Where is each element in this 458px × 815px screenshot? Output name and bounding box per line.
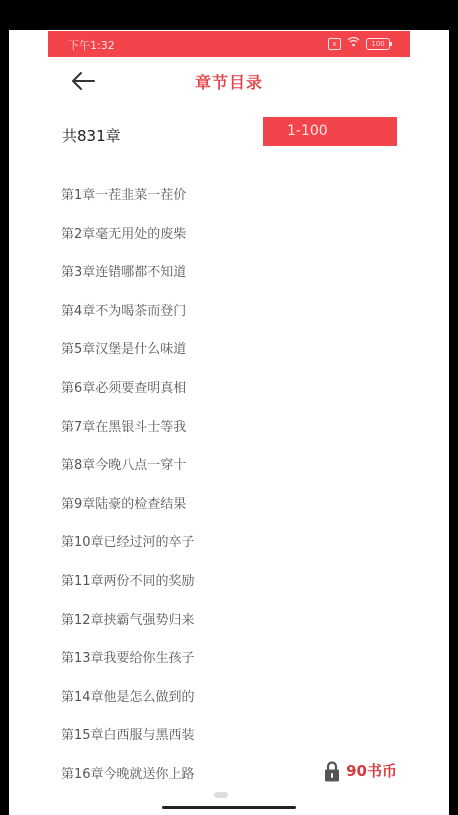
lock-icon [324,760,340,782]
chapter-title: 第13章我要给你生孩子 [61,647,195,666]
home-indicator[interactable] [162,806,296,809]
chapter-title: 第15章白西服与黑西装 [61,724,195,743]
chapter-item[interactable]: 第2章毫无用处的废柴 [9,214,449,253]
battery-icon: 100 [366,38,390,50]
phone-screen: 下午1:32 x 100 章节目录 共831章 1-100 第1章一茬韭菜一茬价… [9,30,449,815]
chapter-item[interactable]: 第4章不为喝茶而登门 [9,291,449,330]
chapter-title: 第2章毫无用处的废柴 [61,223,186,242]
header: 章节目录 [9,66,449,98]
chapter-title: 第7章在黑银斗士等我 [61,416,186,435]
status-time: 下午1:32 [68,37,115,53]
chapter-item[interactable]: 第11章两份不同的奖励 [9,561,449,600]
status-bar: 下午1:32 x 100 [48,31,410,57]
chapter-title: 第6章必须要查明真相 [61,377,186,396]
chapter-title: 第3章连错哪都不知道 [61,261,186,280]
chapter-title: 第16章今晚就送你上路 [61,763,195,782]
range-selector-button[interactable]: 1-100 [263,117,397,146]
chapter-title: 第4章不为喝茶而登门 [61,300,186,319]
price-label: 90书币 [346,760,397,781]
chapter-list: 第1章一茬韭菜一茬价 第2章毫无用处的废柴 第3章连错哪都不知道 第4章不为喝茶… [9,175,449,793]
status-icons: x 100 [328,36,390,52]
chapter-title: 第9章陆豪的检查结果 [61,493,186,512]
scrollbar-thumb[interactable] [214,792,228,798]
chapter-item[interactable]: 第10章已经过河的卒子 [9,522,449,561]
chapter-title: 第11章两份不同的奖励 [61,570,195,589]
wifi-icon [347,36,360,52]
chapter-title: 第5章汉堡是什么味道 [61,338,186,357]
chapter-item[interactable]: 第3章连错哪都不知道 [9,252,449,291]
chapter-count: 共831章 [62,125,121,146]
chapter-item[interactable]: 第14章他是怎么做到的 [9,677,449,716]
chapter-title: 第10章已经过河的卒子 [61,531,195,550]
chapter-item[interactable]: 第9章陆豪的检查结果 [9,484,449,523]
chapter-item[interactable]: 第8章今晚八点一穿十 [9,445,449,484]
chapter-item[interactable]: 第13章我要给你生孩子 [9,638,449,677]
chapter-price: 90书币 [324,760,397,782]
chapter-item[interactable]: 第5章汉堡是什么味道 [9,329,449,368]
chapter-title: 第14章他是怎么做到的 [61,686,195,705]
chapter-item[interactable]: 第7章在黑银斗士等我 [9,407,449,446]
chapter-item[interactable]: 第12章挟霸气强势归来 [9,600,449,639]
chapter-item-locked[interactable]: 第16章今晚就送你上路 90书币 [9,754,449,793]
chapter-title: 第1章一茬韭菜一茬价 [61,184,186,203]
chapter-item[interactable]: 第6章必须要查明真相 [9,368,449,407]
chapter-item[interactable]: 第1章一茬韭菜一茬价 [9,175,449,214]
page-title: 章节目录 [9,70,449,93]
chapter-item[interactable]: 第15章白西服与黑西装 [9,715,449,754]
chapter-title: 第12章挟霸气强势归来 [61,609,195,628]
sim-card-icon: x [328,38,341,50]
chapter-title: 第8章今晚八点一穿十 [61,454,186,473]
